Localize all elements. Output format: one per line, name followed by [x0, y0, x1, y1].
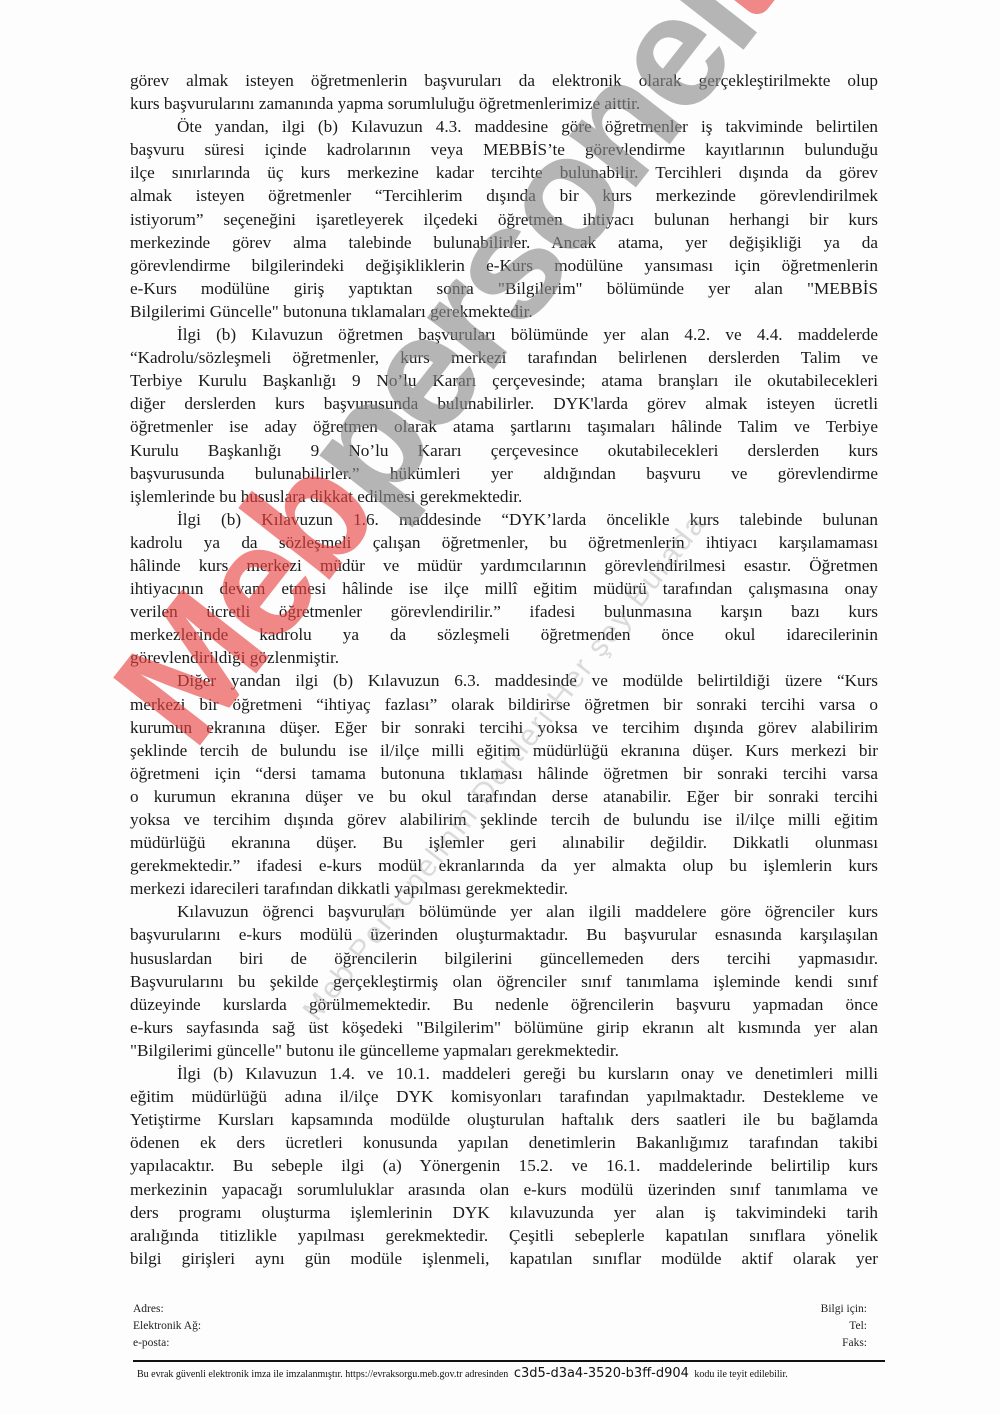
text-line: görevlendirme bilgilerindeki değişiklikl…: [130, 254, 878, 277]
text-line: kadrolu ya da sözleşmeli çalışan öğretme…: [130, 531, 878, 554]
text-line: bilgi girişleri aynı gün modüle işlenmel…: [130, 1247, 878, 1270]
text-line: Bilgilerimi Güncelle" butonuna tıklamala…: [130, 300, 878, 323]
text-line: işlemlerinde bu hususlara dikkat edilmes…: [130, 485, 878, 508]
text-line: ödenen ek ders ücretleri konusunda yapıl…: [130, 1131, 878, 1154]
paragraph: Öte yandan, ilgi (b) Kılavuzun 4.3. madd…: [130, 115, 878, 323]
text-line: başvurularını e-kurs modülü üzerinden ol…: [130, 923, 878, 946]
watermark-com-badge: .com: [693, 0, 877, 20]
text-line: düzeyinde kurslarda görülmemektedir. Bu …: [130, 993, 878, 1016]
text-line: “Kadrolu/sözleşmeli öğretmenler, kurs me…: [130, 346, 878, 369]
electronic-network-label: Elektronik Ağ:: [133, 1318, 201, 1335]
text-line: kurumun ekranına düşer. Eğer bir sonraki…: [130, 716, 878, 739]
text-line: ilçe sınırlarında üç kurs merkezine kada…: [130, 161, 878, 184]
text-line: gerekmektedir.” ifadesi e-kurs modül ekr…: [130, 854, 878, 877]
document-page: görev almak isteyen öğretmenlerin başvur…: [0, 0, 1000, 1414]
text-line: ihtiyacının devam etmesi hâlinde ise ilç…: [130, 577, 878, 600]
contact-labels-left: Adres: Elektronik Ağ: e-posta:: [133, 1301, 201, 1352]
paragraph: görev almak isteyen öğretmenlerin başvur…: [130, 69, 878, 115]
text-line: başvurusunda bulunabilirler.” hükümleri …: [130, 462, 878, 485]
text-line: e-kurs sayfasında sağ üst köşedeki "Bilg…: [130, 1016, 878, 1039]
text-line: yoksa ve tercihim dışında görev alabilir…: [130, 808, 878, 831]
paragraph: Diğer yandan ilgi (b) Kılavuzun 6.3. mad…: [130, 669, 878, 900]
text-line: başvuru süresi içinde kadrolarının veya …: [130, 138, 878, 161]
text-line: hususlardan biri de öğrencilerin bilgile…: [130, 947, 878, 970]
text-line: Öte yandan, ilgi (b) Kılavuzun 4.3. madd…: [130, 115, 878, 138]
e-signature-notice: Bu evrak güvenli elektronik imza ile imz…: [137, 1366, 887, 1381]
text-line: merkezlerinde kadrolu ya da sözleşmeli ö…: [130, 623, 878, 646]
paragraph: İlgi (b) Kılavuzun 1.6. maddesinde “DYK’…: [130, 508, 878, 670]
text-line: merkezi bir öğretmeni “ihtiyaç fazlası” …: [130, 693, 878, 716]
text-line: ders programı oluşturma işlemlerinin DYK…: [130, 1201, 878, 1224]
signature-suffix: kodu ile teyit edilebilir.: [694, 1369, 787, 1380]
text-line: öğretmeni için “dersi tamama butonuna tı…: [130, 762, 878, 785]
paragraph: Kılavuzun öğrenci başvuruları bölümünde …: [130, 900, 878, 1062]
verification-code: c3d5-d3a4-3520-b3ff-d904: [514, 1366, 689, 1381]
text-line: Diğer yandan ilgi (b) Kılavuzun 6.3. mad…: [130, 669, 878, 692]
text-line: diğer derslerden kurs başvurusunda bulun…: [130, 392, 878, 415]
text-line: kurs başvurularını zamanında yapma sorum…: [130, 92, 878, 115]
text-line: Yetiştirme Kursları kapsamında modülde o…: [130, 1108, 878, 1131]
text-line: Terbiye Kurulu Başkanlığı 9 No’lu Kararı…: [130, 369, 878, 392]
text-line: görevlendirildiği gözlenmiştir.: [130, 646, 878, 669]
text-line: Başvurularını bu şekilde gerçekleştirmiş…: [130, 970, 878, 993]
paragraph: İlgi (b) Kılavuzun öğretmen başvuruları …: [130, 323, 878, 508]
text-line: şeklinde tercih de bulundu ise il/ilçe m…: [130, 739, 878, 762]
fax-label: Faks:: [821, 1335, 867, 1352]
text-line: almak isteyen öğretmenler “Tercihlerim d…: [130, 184, 878, 207]
contact-labels-right: Bilgi için: Tel: Faks:: [821, 1301, 867, 1352]
paragraph: İlgi (b) Kılavuzun 1.4. ve 10.1. maddele…: [130, 1062, 878, 1270]
document-body: görev almak isteyen öğretmenlerin başvur…: [130, 69, 878, 1270]
text-line: aralığında titizlikle yapılması gerekmek…: [130, 1224, 878, 1247]
signature-prefix: Bu evrak güvenli elektronik imza ile imz…: [137, 1369, 508, 1380]
text-line: merkezi idarecileri tarafından dikkatli …: [130, 877, 878, 900]
address-label: Adres:: [133, 1301, 201, 1318]
email-label: e-posta:: [133, 1335, 201, 1352]
text-line: müdürlüğü ekranına düşer. Bu işlemler ge…: [130, 831, 878, 854]
info-label: Bilgi için:: [821, 1301, 867, 1318]
phone-label: Tel:: [821, 1318, 867, 1335]
text-line: öğretmenler ise aday öğretmen olarak ata…: [130, 415, 878, 438]
text-line: merkezinde görev alma talebinde bulunabi…: [130, 231, 878, 254]
text-line: e-Kurs modülüne giriş yaptıktan sonra "B…: [130, 277, 878, 300]
text-line: eğitim müdürlüğü adına il/ilçe DYK komis…: [130, 1085, 878, 1108]
text-line: o kurumun ekranına düşer ve bu okul tara…: [130, 785, 878, 808]
text-line: yapılacaktır. Bu sebeple ilgi (a) Yönerg…: [130, 1154, 878, 1177]
text-line: İlgi (b) Kılavuzun 1.6. maddesinde “DYK’…: [130, 508, 878, 531]
text-line: hâlinde kurs merkezi müdür ve müdür yard…: [130, 554, 878, 577]
text-line: merkezinin yapacağı sorumluluklar arasın…: [130, 1178, 878, 1201]
text-line: Kılavuzun öğrenci başvuruları bölümünde …: [130, 900, 878, 923]
footer-divider: [133, 1360, 885, 1362]
text-line: istiyorum” seçeneğini işaretleyerek ilçe…: [130, 208, 878, 231]
text-line: İlgi (b) Kılavuzun 1.4. ve 10.1. maddele…: [130, 1062, 878, 1085]
text-line: görev almak isteyen öğretmenlerin başvur…: [130, 69, 878, 92]
text-line: Kurulu Başkanlığı 9 No’lu Kararı çerçeve…: [130, 439, 878, 462]
text-line: İlgi (b) Kılavuzun öğretmen başvuruları …: [130, 323, 878, 346]
text-line: verilen ücretli öğretmenler görevlendiri…: [130, 600, 878, 623]
text-line: "Bilgilerimi güncelle" butonu ile güncel…: [130, 1039, 878, 1062]
